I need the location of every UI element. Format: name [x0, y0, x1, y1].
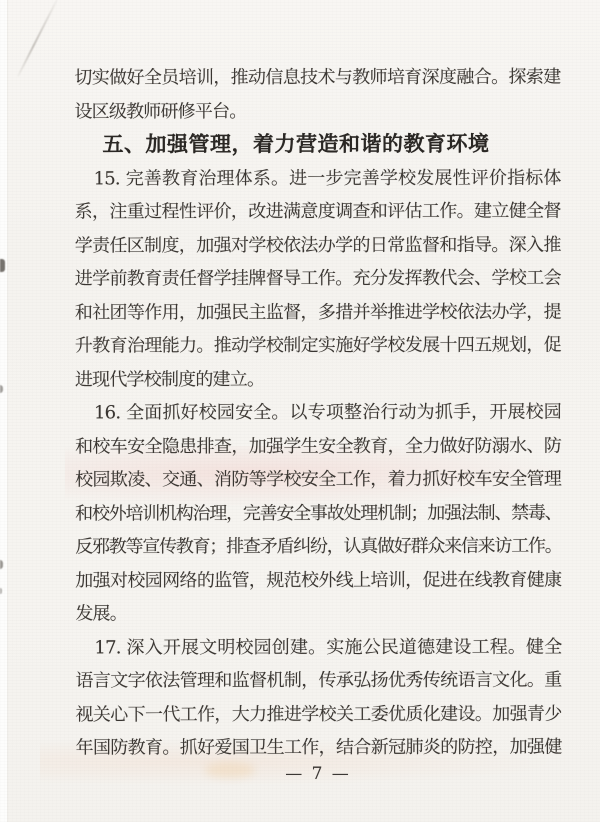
paragraph-line: 和社团等作用，加强民主监督，多措并举推进学校依法办学，提 [75, 295, 561, 329]
paragraph-line: 反邪教等宣传教育；排查矛盾纠纷，认真做好群众来信来访工作。 [75, 530, 561, 564]
paragraph-line: 升教育治理能力。推动学校制定实施好学校发展十四五规划，促 [75, 329, 561, 363]
paragraph-line: 语言文字依法管理和监督机制，传承弘扬优秀传统语言文化。重 [75, 664, 561, 698]
paragraph-line: 进学前教育责任督学挂牌督导工作。充分发挥教代会、学校工会 [75, 262, 561, 296]
section-heading: 五、加强管理，着力营造和谐的教育环境 [75, 128, 561, 162]
page-number: — 7 — [75, 764, 561, 784]
paragraph-line: 发展。 [75, 597, 561, 631]
paragraph-line: 年国防教育。抓好爱国卫生工作，结合新冠肺炎的防控，加强健 [76, 731, 562, 765]
paragraph-line: 学责任区制度，加强对学校依法办学的日常监督和指导。深入推 [75, 228, 561, 262]
paragraph-line: 17. 深入开展文明校园创建。实施公民道德建设工程。健全 [75, 630, 561, 664]
scan-edge-strip [0, 0, 8, 822]
body-line: 切实做好全员培训，推动信息技术与教师培育深度融合。探索建 [74, 61, 560, 95]
paragraph-line: 进现代学校制度的建立。 [75, 362, 561, 396]
paragraph-line: 系，注重过程性评价，改进满意度调查和评估工作。建立健全督 [75, 195, 561, 229]
scanned-document-page: 切实做好全员培训，推动信息技术与教师培育深度融合。探索建 设区级教师研修平台。 … [0, 0, 600, 822]
paragraph-line: 加强对校园网络的监管，规范校外线上培训，促进在线教育健康 [75, 563, 561, 597]
body-line: 设区级教师研修平台。 [74, 94, 560, 128]
paragraph-line: 15. 完善教育治理体系。进一步完善学校发展性评价指标体 [75, 161, 561, 195]
paragraph-line: 和校车安全隐患排查，加强学生安全教育，全力做好防溺水、防 [75, 429, 561, 463]
scan-corner-artifact [17, 0, 57, 77]
paragraph-line: 16. 全面抓好校园安全。以专项整治行动为抓手，开展校园 [75, 396, 561, 430]
paragraph-line: 视关心下一代工作，大力推进学校关工委优质化建设。加强青少 [75, 697, 561, 731]
paragraph-line: 和校外培训机构治理，完善安全事故处理机制；加强法制、禁毒、 [75, 496, 561, 530]
paragraph-line: 校园欺凌、交通、消防等学校安全工作，着力抓好校车安全管理 [75, 463, 561, 497]
document-body: 切实做好全员培训，推动信息技术与教师培育深度融合。探索建 设区级教师研修平台。 … [74, 61, 561, 765]
scan-smudge [0, 259, 5, 272]
